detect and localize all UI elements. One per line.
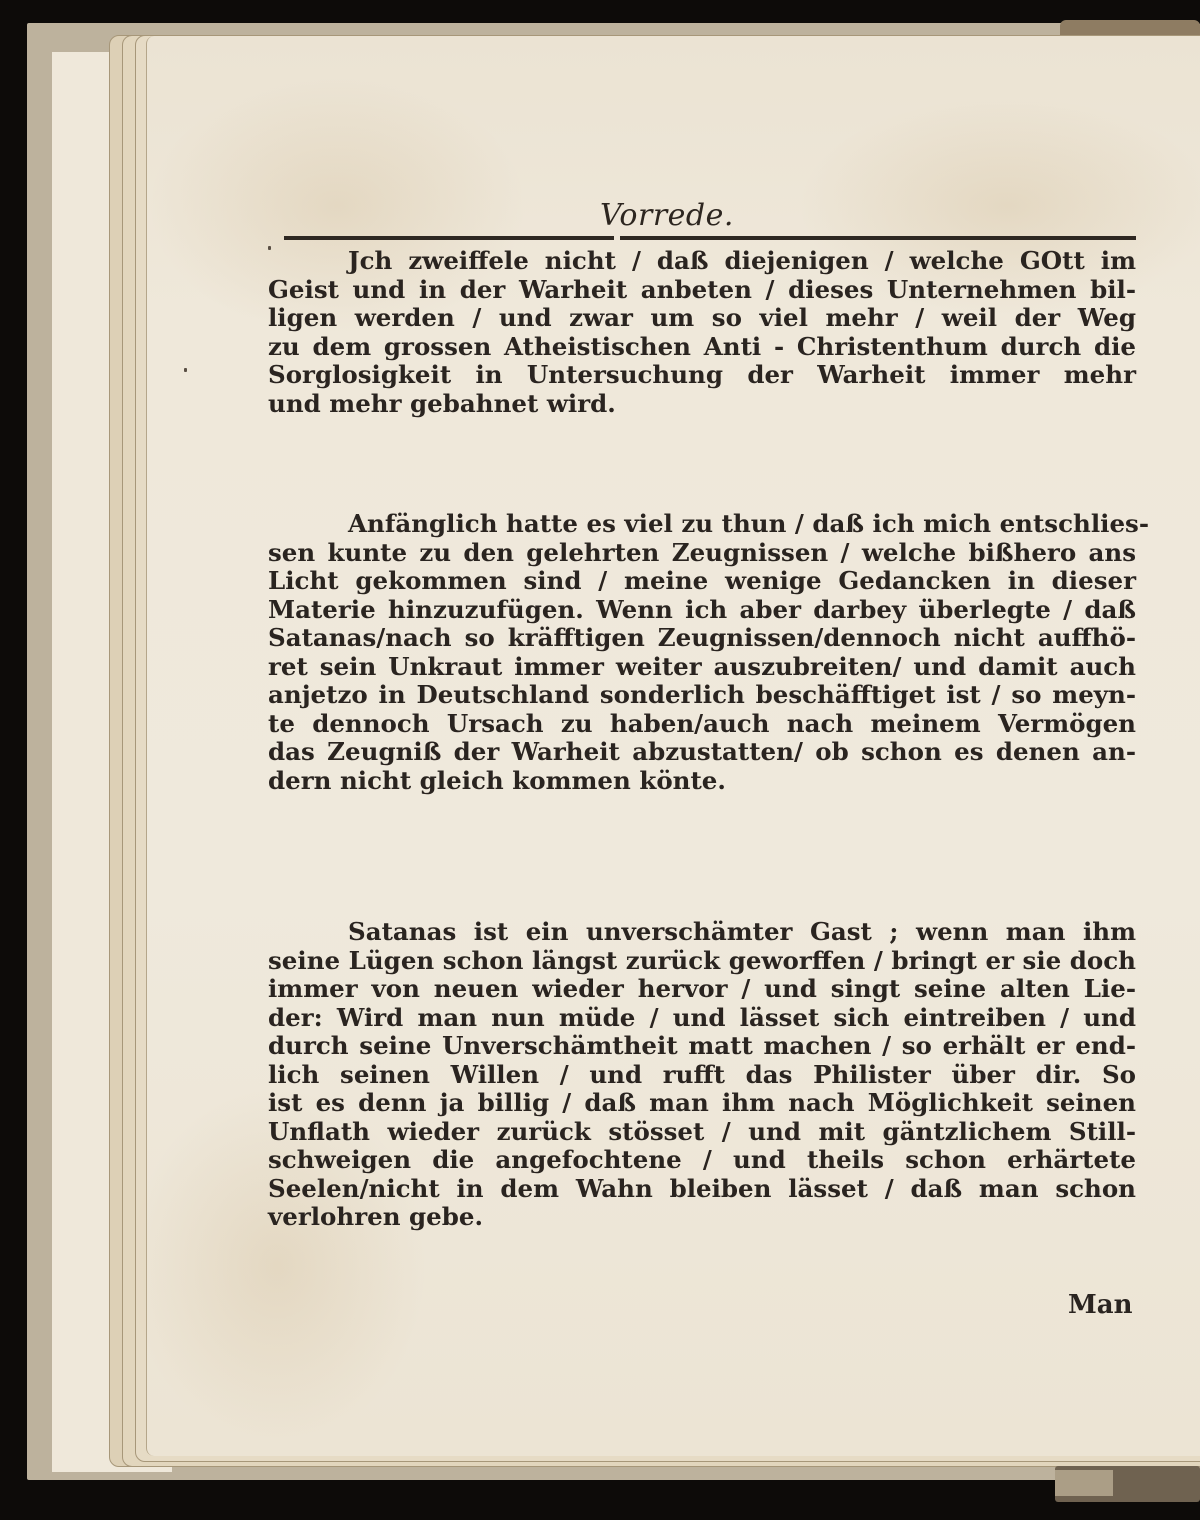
text-line: verlohren gebe. (268, 1203, 1136, 1232)
paragraph-1: Jch zweiffele nicht / daß diejenigen / w… (268, 247, 1136, 418)
text-line: sen kunte zu den gelehrten Zeugnissen / … (268, 539, 1136, 568)
text-line: ist es denn ja billig / daß man ihm nach… (268, 1089, 1136, 1118)
text-line: durch seine Unverschämtheit matt machen … (268, 1032, 1136, 1061)
header-rule (620, 236, 1136, 240)
text-line: Materie hinzuzufügen. Wenn ich aber darb… (268, 596, 1136, 625)
text-line: das Zeugniß der Warheit abzustatten/ ob … (268, 738, 1136, 767)
text-line: zu dem grossen Atheistischen Anti - Chri… (268, 333, 1136, 362)
text-line: seine Lügen schon längst zurück geworffe… (268, 947, 1136, 976)
text-line: anjetzo in Deutschland sonderlich beschä… (268, 681, 1136, 710)
paragraph-2: Anfänglich hatte es viel zu thun / daß i… (268, 510, 1136, 795)
text-line: dern nicht gleich kommen könte. (268, 767, 1136, 796)
text-line: Seelen/nicht in dem Wahn bleiben lässet … (268, 1175, 1136, 1204)
text-line: und mehr gebahnet wird. (268, 390, 1136, 419)
running-head: Vorrede. (600, 198, 820, 233)
text-line: immer von neuen wieder hervor / und sing… (268, 975, 1136, 1004)
text-line: te dennoch Ursach zu haben/auch nach mei… (268, 710, 1136, 739)
text-line: Sorglosigkeit in Untersuchung der Warhei… (268, 361, 1136, 390)
paragraph-3: Satanas ist ein unverschämter Gast ; wen… (268, 918, 1136, 1232)
text-line: schweigen die angefochtene / und theils … (268, 1146, 1136, 1175)
text-line: Unflath wieder zurück stösset / und mit … (268, 1118, 1136, 1147)
header-rule (284, 236, 614, 240)
text-line: Licht gekommen sind / meine wenige Gedan… (268, 567, 1136, 596)
catchword: Man (1068, 1290, 1133, 1320)
text-line: Geist und in der Warheit anbeten / diese… (268, 276, 1136, 305)
spine-bottom-edge (1055, 1466, 1200, 1502)
text-line: Anfänglich hatte es viel zu thun / daß i… (268, 510, 1136, 539)
text-line: der: Wird man nun müde / und lässet sich… (268, 1004, 1136, 1033)
text-line: Satanas ist ein unverschämter Gast ; wen… (268, 918, 1136, 947)
text-line: Jch zweiffele nicht / daß diejenigen / w… (268, 247, 1136, 276)
text-line: lich seinen Willen / und rufft das Phili… (268, 1061, 1136, 1090)
margin-mark (184, 368, 187, 372)
text-line: ret sein Unkraut immer weiter auszubreit… (268, 653, 1136, 682)
text-line: ligen werden / und zwar um so viel mehr … (268, 304, 1136, 333)
text-line: Satanas/nach so kräfftigen Zeugnissen/de… (268, 624, 1136, 653)
